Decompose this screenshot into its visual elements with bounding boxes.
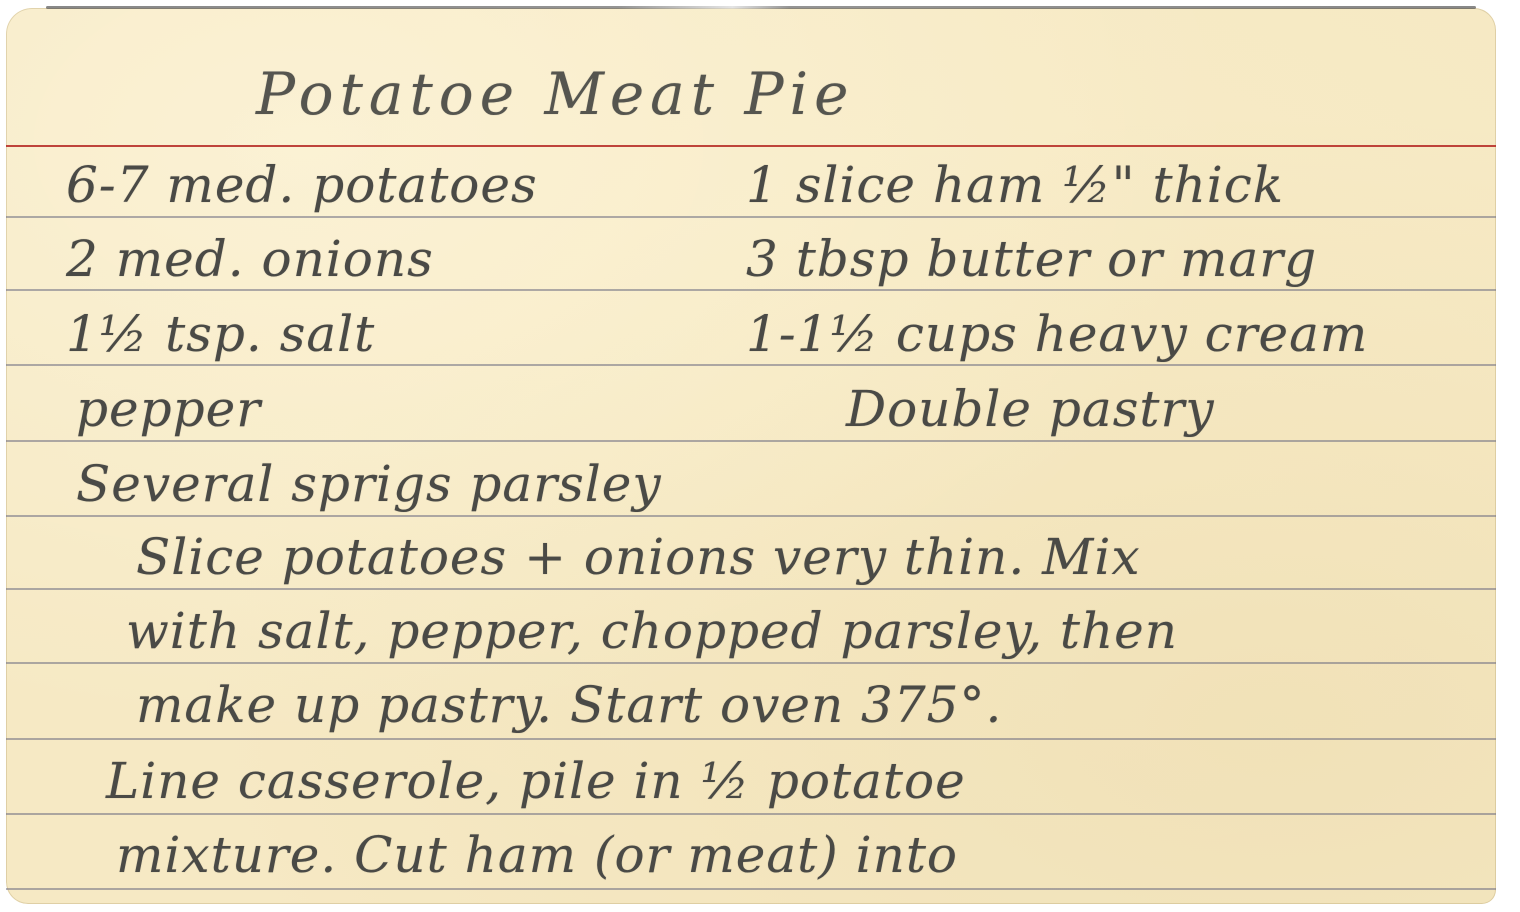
ruled-line xyxy=(6,440,1496,442)
ingredient-item: 3 tbsp butter or marg xyxy=(746,230,1317,288)
ruled-line xyxy=(6,515,1496,517)
ingredient-item: Double pastry xyxy=(846,380,1215,438)
instruction-line: Slice potatoes + onions very thin. Mix xyxy=(136,528,1141,586)
instruction-line: with salt, pepper, chopped parsley, then xyxy=(126,602,1178,660)
ingredient-item: 2 med. onions xyxy=(66,230,434,288)
ruled-line xyxy=(6,588,1496,590)
red-header-rule xyxy=(6,145,1496,147)
ingredient-item: 1½ tsp. salt xyxy=(66,305,375,363)
ingredient-item: 1 slice ham ½" thick xyxy=(746,156,1284,214)
ruled-line xyxy=(6,738,1496,740)
card-top-edge xyxy=(46,6,1476,9)
instruction-line: make up pastry. Start oven 375°. xyxy=(136,676,1002,734)
ruled-line xyxy=(6,289,1496,291)
ingredient-item: Several sprigs parsley xyxy=(76,455,662,513)
instruction-line: mixture. Cut ham (or meat) into xyxy=(116,826,958,884)
recipe-title: Potatoe Meat Pie xyxy=(256,60,854,128)
ruled-line xyxy=(6,888,1496,890)
recipe-card: Potatoe Meat Pie 6-7 med. potatoes 2 med… xyxy=(6,8,1496,904)
ruled-line xyxy=(6,216,1496,218)
ruled-line xyxy=(6,662,1496,664)
ingredient-item: pepper xyxy=(76,380,261,438)
ingredient-item: 6-7 med. potatoes xyxy=(66,156,538,214)
ingredient-item: 1-1½ cups heavy cream xyxy=(746,305,1368,363)
ruled-line xyxy=(6,364,1496,366)
ruled-line xyxy=(6,813,1496,815)
instruction-line: Line casserole, pile in ½ potatoe xyxy=(106,752,966,810)
